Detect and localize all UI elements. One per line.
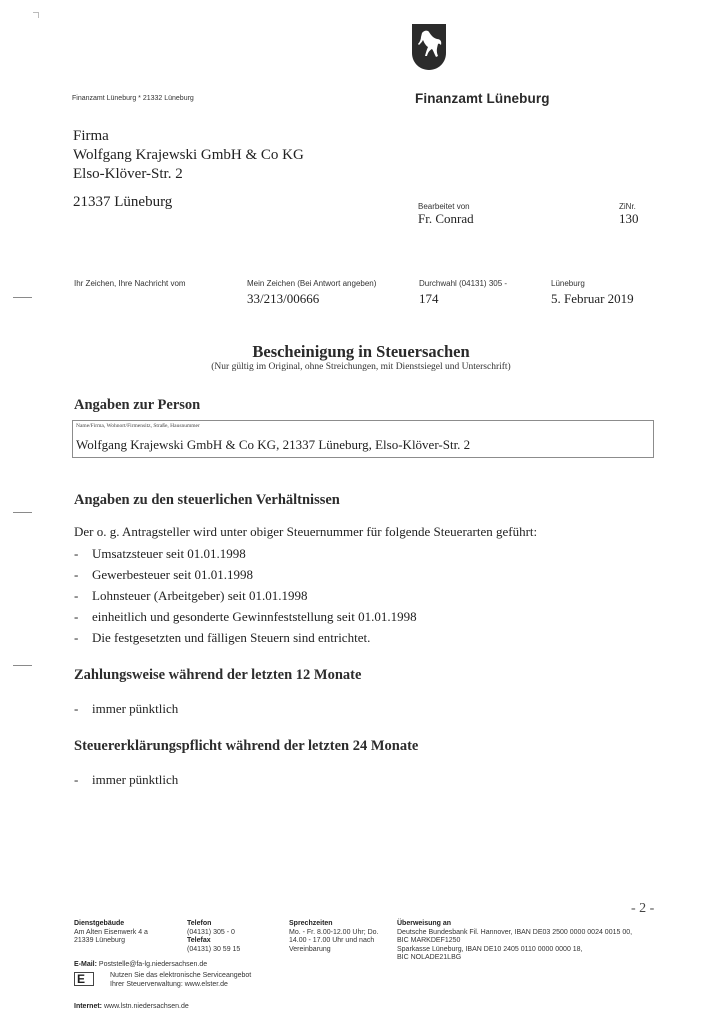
your-reference-label: Ihr Zeichen, Ihre Nachricht vom	[74, 279, 186, 288]
list-item: -Gewerbesteuer seit 01.01.1998	[74, 566, 417, 587]
person-section-heading: Angaben zur Person	[74, 397, 200, 414]
bullet-dash: -	[74, 771, 92, 792]
footer-bank-title: Überweisung an	[397, 920, 451, 927]
footer-internet: Internet: www.lstn.niedersachsen.de	[74, 1003, 189, 1012]
footer-building-title: Dienstgebäude	[74, 920, 124, 927]
document-subtitle: (Nur gültig im Original, ohne Streichung…	[0, 362, 722, 372]
corner-mark	[33, 12, 39, 18]
recipient-address: Firma Wolfgang Krajewski GmbH & Co KG El…	[73, 127, 304, 184]
bullet-dash: -	[74, 629, 92, 650]
footer-phone-title: Telefon	[187, 920, 211, 927]
room-value: 130	[619, 211, 639, 227]
room-label: ZiNr.	[619, 202, 636, 211]
recipient-line: Elso-Klöver-Str. 2	[73, 165, 304, 184]
elster-logo-icon: E	[74, 972, 94, 986]
tax-intro-text: Der o. g. Antragsteller wird unter obige…	[74, 524, 537, 540]
fold-mark	[13, 297, 32, 298]
footer-building: Dienstgebäude Am Alten Eisenwerk 4 a 213…	[74, 920, 148, 946]
footer-phone: Telefon (04131) 305 - 0 Telefax (04131) …	[187, 920, 240, 954]
document-title: Bescheinigung in Steuersachen	[0, 342, 722, 362]
bullet-dash: -	[74, 608, 92, 629]
phone-number: (04131) 305 - 0	[187, 929, 235, 936]
list-item: -immer pünktlich	[74, 700, 178, 721]
horse-crest-icon	[411, 23, 447, 71]
extension-value: 174	[419, 291, 439, 307]
punch-mark	[13, 512, 32, 513]
elster-link[interactable]: Ihrer Steuerverwaltung: www.elster.de	[110, 981, 228, 988]
page-number: - 2 -	[631, 901, 654, 917]
footer-hours: Sprechzeiten Mo. - Fr. 8.00-12.00 Uhr; D…	[289, 920, 378, 954]
handler-value: Fr. Conrad	[418, 211, 474, 227]
recipient-line: Wolfgang Krajewski GmbH & Co KG	[73, 146, 304, 165]
bullet-dash: -	[74, 700, 92, 721]
list-item: -Umsatzsteuer seit 01.01.1998	[74, 545, 417, 566]
fax-number: (04131) 30 59 15	[187, 946, 240, 953]
footer-elster-note: Nutzen Sie das elektronische Serviceange…	[110, 972, 251, 989]
date-value: 5. Februar 2019	[551, 291, 634, 307]
recipient-city: 21337 Lüneburg	[73, 194, 172, 211]
sender-return-address: Finanzamt Lüneburg * 21332 Lüneburg	[72, 95, 194, 102]
recipient-line: Firma	[73, 127, 304, 146]
payment-list: -immer pünktlich	[74, 700, 178, 721]
office-name: Finanzamt Lüneburg	[415, 91, 550, 106]
internet-link[interactable]: www.lstn.niedersachsen.de	[104, 1003, 189, 1010]
my-reference-label: Mein Zeichen (Bei Antwort angeben)	[247, 279, 376, 288]
footer-email: E-Mail: Poststelle@fa-lg.niedersachsen.d…	[74, 961, 207, 970]
person-info-box: Name/Firma, Wohnort/Firmensitz, Straße, …	[72, 420, 654, 458]
list-item: -Lohnsteuer (Arbeitgeber) seit 01.01.199…	[74, 587, 417, 608]
list-item: -einheitlich und gesonderte Gewinnfestst…	[74, 608, 417, 629]
list-item: -Die festgesetzten und fälligen Steuern …	[74, 629, 417, 650]
tax-number-value: 33/213/00666	[247, 291, 319, 307]
person-box-label: Name/Firma, Wohnort/Firmensitz, Straße, …	[76, 423, 200, 429]
bullet-dash: -	[74, 587, 92, 608]
list-item: -immer pünktlich	[74, 771, 178, 792]
handler-label: Bearbeitet von	[418, 202, 470, 211]
internet-label: Internet:	[74, 1003, 102, 1010]
fold-mark	[13, 665, 32, 666]
email-link[interactable]: Poststelle@fa-lg.niedersachsen.de	[99, 961, 207, 968]
footer-bank: Überweisung an Deutsche Bundesbank Fil. …	[397, 920, 632, 963]
email-label: E-Mail:	[74, 961, 97, 968]
place-label: Lüneburg	[551, 279, 585, 288]
bullet-dash: -	[74, 545, 92, 566]
filing-section-heading: Steuererklärungspflicht während der letz…	[74, 738, 418, 755]
filing-list: -immer pünktlich	[74, 771, 178, 792]
payment-section-heading: Zahlungsweise während der letzten 12 Mon…	[74, 667, 361, 684]
footer-fax-title: Telefax	[187, 937, 211, 944]
bullet-dash: -	[74, 566, 92, 587]
person-box-value: Wolfgang Krajewski GmbH & Co KG, 21337 L…	[76, 437, 470, 453]
footer-hours-title: Sprechzeiten	[289, 920, 333, 927]
tax-section-heading: Angaben zu den steuerlichen Verhältnisse…	[74, 492, 340, 509]
extension-label: Durchwahl (04131) 305 -	[419, 279, 507, 288]
tax-types-list: -Umsatzsteuer seit 01.01.1998 -Gewerbest…	[74, 545, 417, 650]
